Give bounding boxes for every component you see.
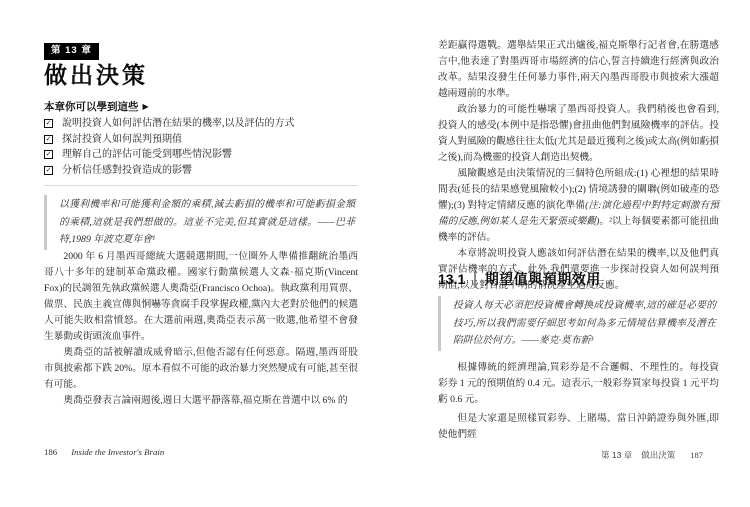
right-body-text-bottom: 根據傳統的經濟理論,買彩券是不合邏輯、不理性的。每投資彩券 1 元的預期值約 0… — [438, 360, 719, 446]
book-title: Inside the Investor's Brain — [71, 447, 164, 457]
checklist-item-label: 探討投資人如何誤判預期值 — [62, 135, 182, 145]
page-number: 186 — [44, 447, 57, 457]
section-quote: 投資人每天必須把投資機會轉換成投資機率,這的確是必要的技巧,所以我們需要仔細思考… — [438, 296, 716, 351]
check-mark-icon: ✓ — [46, 167, 52, 174]
checklist-item: ✓ 說明投資人如何評估潛在結果的機率,以及評估的方式 — [44, 119, 358, 129]
checkbox-checked-icon: ✓ — [44, 135, 53, 144]
check-mark-icon: ✓ — [46, 151, 52, 158]
arrow-right-icon: ▶ — [143, 102, 149, 111]
checklist-item-label: 說明投資人如何評估潛在結果的機率,以及評估的方式 — [62, 119, 295, 129]
chapter-title: 做出決策 — [44, 57, 148, 90]
right-footer: 第 13 章 做出決策 187 — [601, 449, 703, 461]
section-number: 13.1 — [438, 271, 465, 287]
left-footer: 186 Inside the Investor's Brain — [44, 447, 164, 457]
paragraph: 奧喬亞的話被解讀成威脅暗示,但他否認有任何惡意。隔週,墨西哥股市與披索都下跌 2… — [44, 345, 358, 393]
section-quote-text: 投資人每天必須把投資機會轉換成投資機率,這的確是必要的技巧,所以我們需要仔細思考… — [453, 300, 716, 346]
paragraph: 差距贏得選戰。選舉結果正式出爐後,福克斯舉行記者會,在勝選感言中,他表達了對墨西… — [438, 38, 719, 102]
footer-chapter-title: 做出決策 — [641, 449, 675, 461]
right-body-text-top: 差距贏得選戰。選舉結果正式出爐後,福克斯舉行記者會,在勝選感言中,他表達了對墨西… — [438, 38, 719, 294]
check-mark-icon: ✓ — [46, 136, 52, 143]
right-page: 差距贏得選戰。選舉結果正式出爐後,福克斯舉行記者會,在勝選感言中,他表達了對墨西… — [438, 0, 719, 507]
left-page: 第 13 章 做出決策 本章你可以學到這些 ▶ ✓ 說明投資人如何評估潛在結果的… — [44, 0, 358, 507]
checkbox-checked-icon: ✓ — [44, 119, 53, 128]
checkbox-checked-icon: ✓ — [44, 150, 53, 159]
checklist-item: ✓ 理解自己的評估可能受到哪些情況影響 — [44, 150, 358, 160]
divider-line — [44, 185, 358, 186]
epigraph-quote-text: 以獲利機率和可能獲利金額的乘積,減去虧損的機率和可能虧損金額的乘積,這就是我們想… — [59, 199, 355, 245]
paragraph: 根據傳統的經濟理論,買彩券是不合邏輯、不理性的。每投資彩券 1 元的預期值約 0… — [438, 360, 719, 408]
checklist-item-label: 理解自己的評估可能受到哪些情況影響 — [62, 150, 232, 160]
checklist-item-label: 分析信任感對投資造成的影響 — [62, 166, 192, 176]
section-heading: 13.1 期望值與預期效用 — [438, 269, 601, 289]
paragraph: 奧喬亞發表言論兩週後,週日大選平靜落幕,福克斯在普選中以 6% 的 — [44, 393, 358, 409]
page-number: 187 — [690, 450, 703, 460]
paragraph: 風險觀感是由決策情況的三個特色所組成:(1) 心裡想的結果時間表(延長的結果感覺… — [438, 166, 719, 246]
learn-heading-text: 本章你可以學到這些 — [44, 99, 139, 114]
checklist-item: ✓ 探討投資人如何誤判預期值 — [44, 135, 358, 145]
section-title: 期望值與預期效用 — [485, 269, 601, 289]
checkbox-checked-icon: ✓ — [44, 166, 53, 175]
learn-heading: 本章你可以學到這些 ▶ — [44, 99, 149, 114]
left-body-text: 2000 年 6 月墨西哥總統大選競選期間,一位圈外人準備推翻統治墨西哥八十多年… — [44, 249, 358, 409]
checklist-item: ✓ 分析信任感對投資造成的影響 — [44, 166, 358, 176]
epigraph-quote: 以獲利機率和可能獲利金額的乘積,減去虧損的機率和可能虧損金額的乘積,這就是我們想… — [44, 195, 355, 250]
section-separator-bar — [474, 272, 476, 286]
check-mark-icon: ✓ — [46, 120, 52, 127]
paragraph: 政治暴力的可能性嚇壞了墨西哥投資人。我們稍後也會看到,投資人的感受(本例中是指恐… — [438, 102, 719, 166]
paragraph: 但是大家還是照樣買彩券、上賭場、當日沖銷證券與外匯,即使他們經 — [438, 411, 719, 443]
paragraph: 2000 年 6 月墨西哥總統大選競選期間,一位圈外人準備推翻統治墨西哥八十多年… — [44, 249, 358, 345]
learn-checklist: ✓ 說明投資人如何評估潛在結果的機率,以及評估的方式 ✓ 探討投資人如何誤判預期… — [44, 119, 358, 181]
footer-chapter-number: 第 13 章 — [601, 449, 632, 461]
